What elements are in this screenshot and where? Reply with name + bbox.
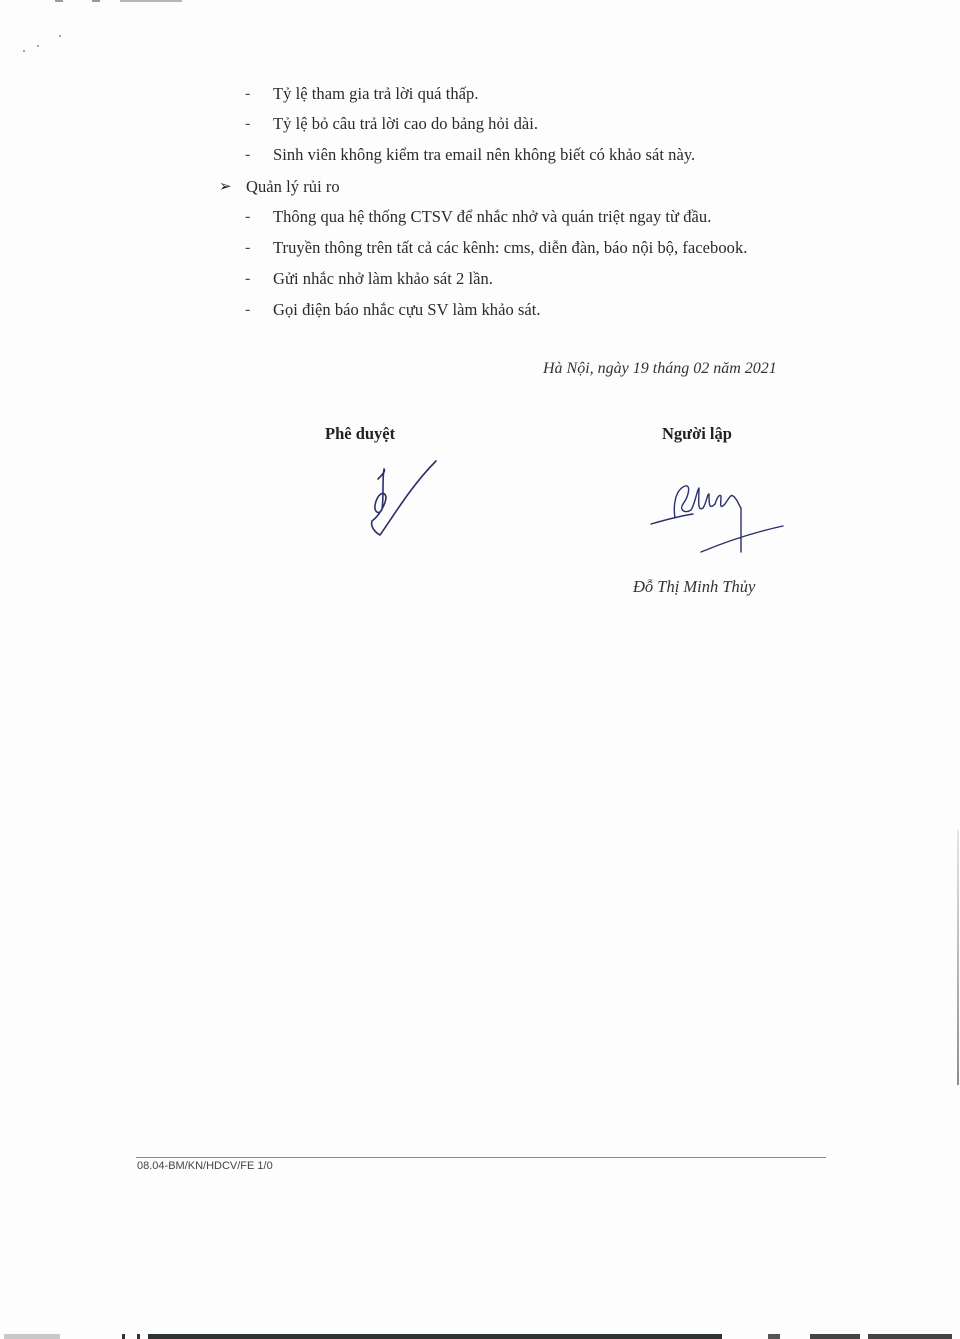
- approver-title: Phê duyệt: [325, 424, 395, 444]
- approver-signature: [362, 455, 446, 545]
- scan-edge-bottom: [137, 1334, 140, 1339]
- risk-item-text: Thông qua hệ thống CTSV để nhắc nhở và q…: [273, 207, 711, 227]
- scan-edge-bottom: [148, 1334, 722, 1339]
- dash-bullet-icon: -: [245, 84, 255, 104]
- dash-bullet-icon: -: [245, 207, 255, 227]
- scan-artifact: [23, 50, 25, 52]
- issue-text: Sinh viên không kiểm tra email nên không…: [273, 145, 695, 165]
- scan-edge-bottom: [4, 1334, 60, 1339]
- scan-artifact: [37, 45, 39, 47]
- preparer-name: Đỗ Thị Minh Thủy: [633, 577, 755, 597]
- risk-item-text: Truyền thông trên tất cả các kênh: cms, …: [273, 238, 747, 258]
- scan-artifact: [120, 0, 182, 2]
- issue-text: Tỷ lệ tham gia trả lời quá thấp.: [273, 84, 479, 104]
- scan-artifact: [55, 0, 63, 2]
- form-code: 08.04-BM/KN/HDCV/FE 1/0: [137, 1160, 273, 1172]
- footer-divider: [136, 1157, 826, 1158]
- dash-bullet-icon: -: [245, 300, 255, 320]
- risk-item-text: Gọi điện báo nhắc cựu SV làm khảo sát.: [273, 300, 541, 320]
- date-place-line: Hà Nội, ngày 19 tháng 02 năm 2021: [543, 360, 777, 378]
- scan-edge-right: [957, 830, 959, 1085]
- scanned-page: - Tỷ lệ tham gia trả lời quá thấp. - Tỷ …: [0, 0, 960, 1339]
- scan-edge-bottom: [810, 1334, 860, 1339]
- dash-bullet-icon: -: [245, 238, 255, 258]
- issue-text: Tỷ lệ bỏ câu trả lời cao do bảng hỏi dài…: [273, 114, 538, 134]
- arrow-bullet-icon: ➢: [219, 177, 232, 197]
- dash-bullet-icon: -: [245, 269, 255, 289]
- scan-edge-bottom: [768, 1334, 780, 1339]
- dash-bullet-icon: -: [245, 114, 255, 134]
- signature-stroke: [651, 486, 783, 552]
- risk-heading-text: Quản lý rủi ro: [246, 177, 340, 197]
- scan-artifact: [59, 35, 61, 37]
- preparer-signature: [645, 478, 790, 558]
- dash-bullet-icon: -: [245, 145, 255, 165]
- scan-artifact: [92, 0, 100, 2]
- risk-item-text: Gửi nhắc nhở làm khảo sát 2 lần.: [273, 269, 493, 289]
- scan-edge-bottom: [122, 1334, 125, 1339]
- scan-edge-bottom: [868, 1334, 952, 1339]
- preparer-title: Người lập: [662, 424, 732, 444]
- signature-stroke: [372, 461, 436, 535]
